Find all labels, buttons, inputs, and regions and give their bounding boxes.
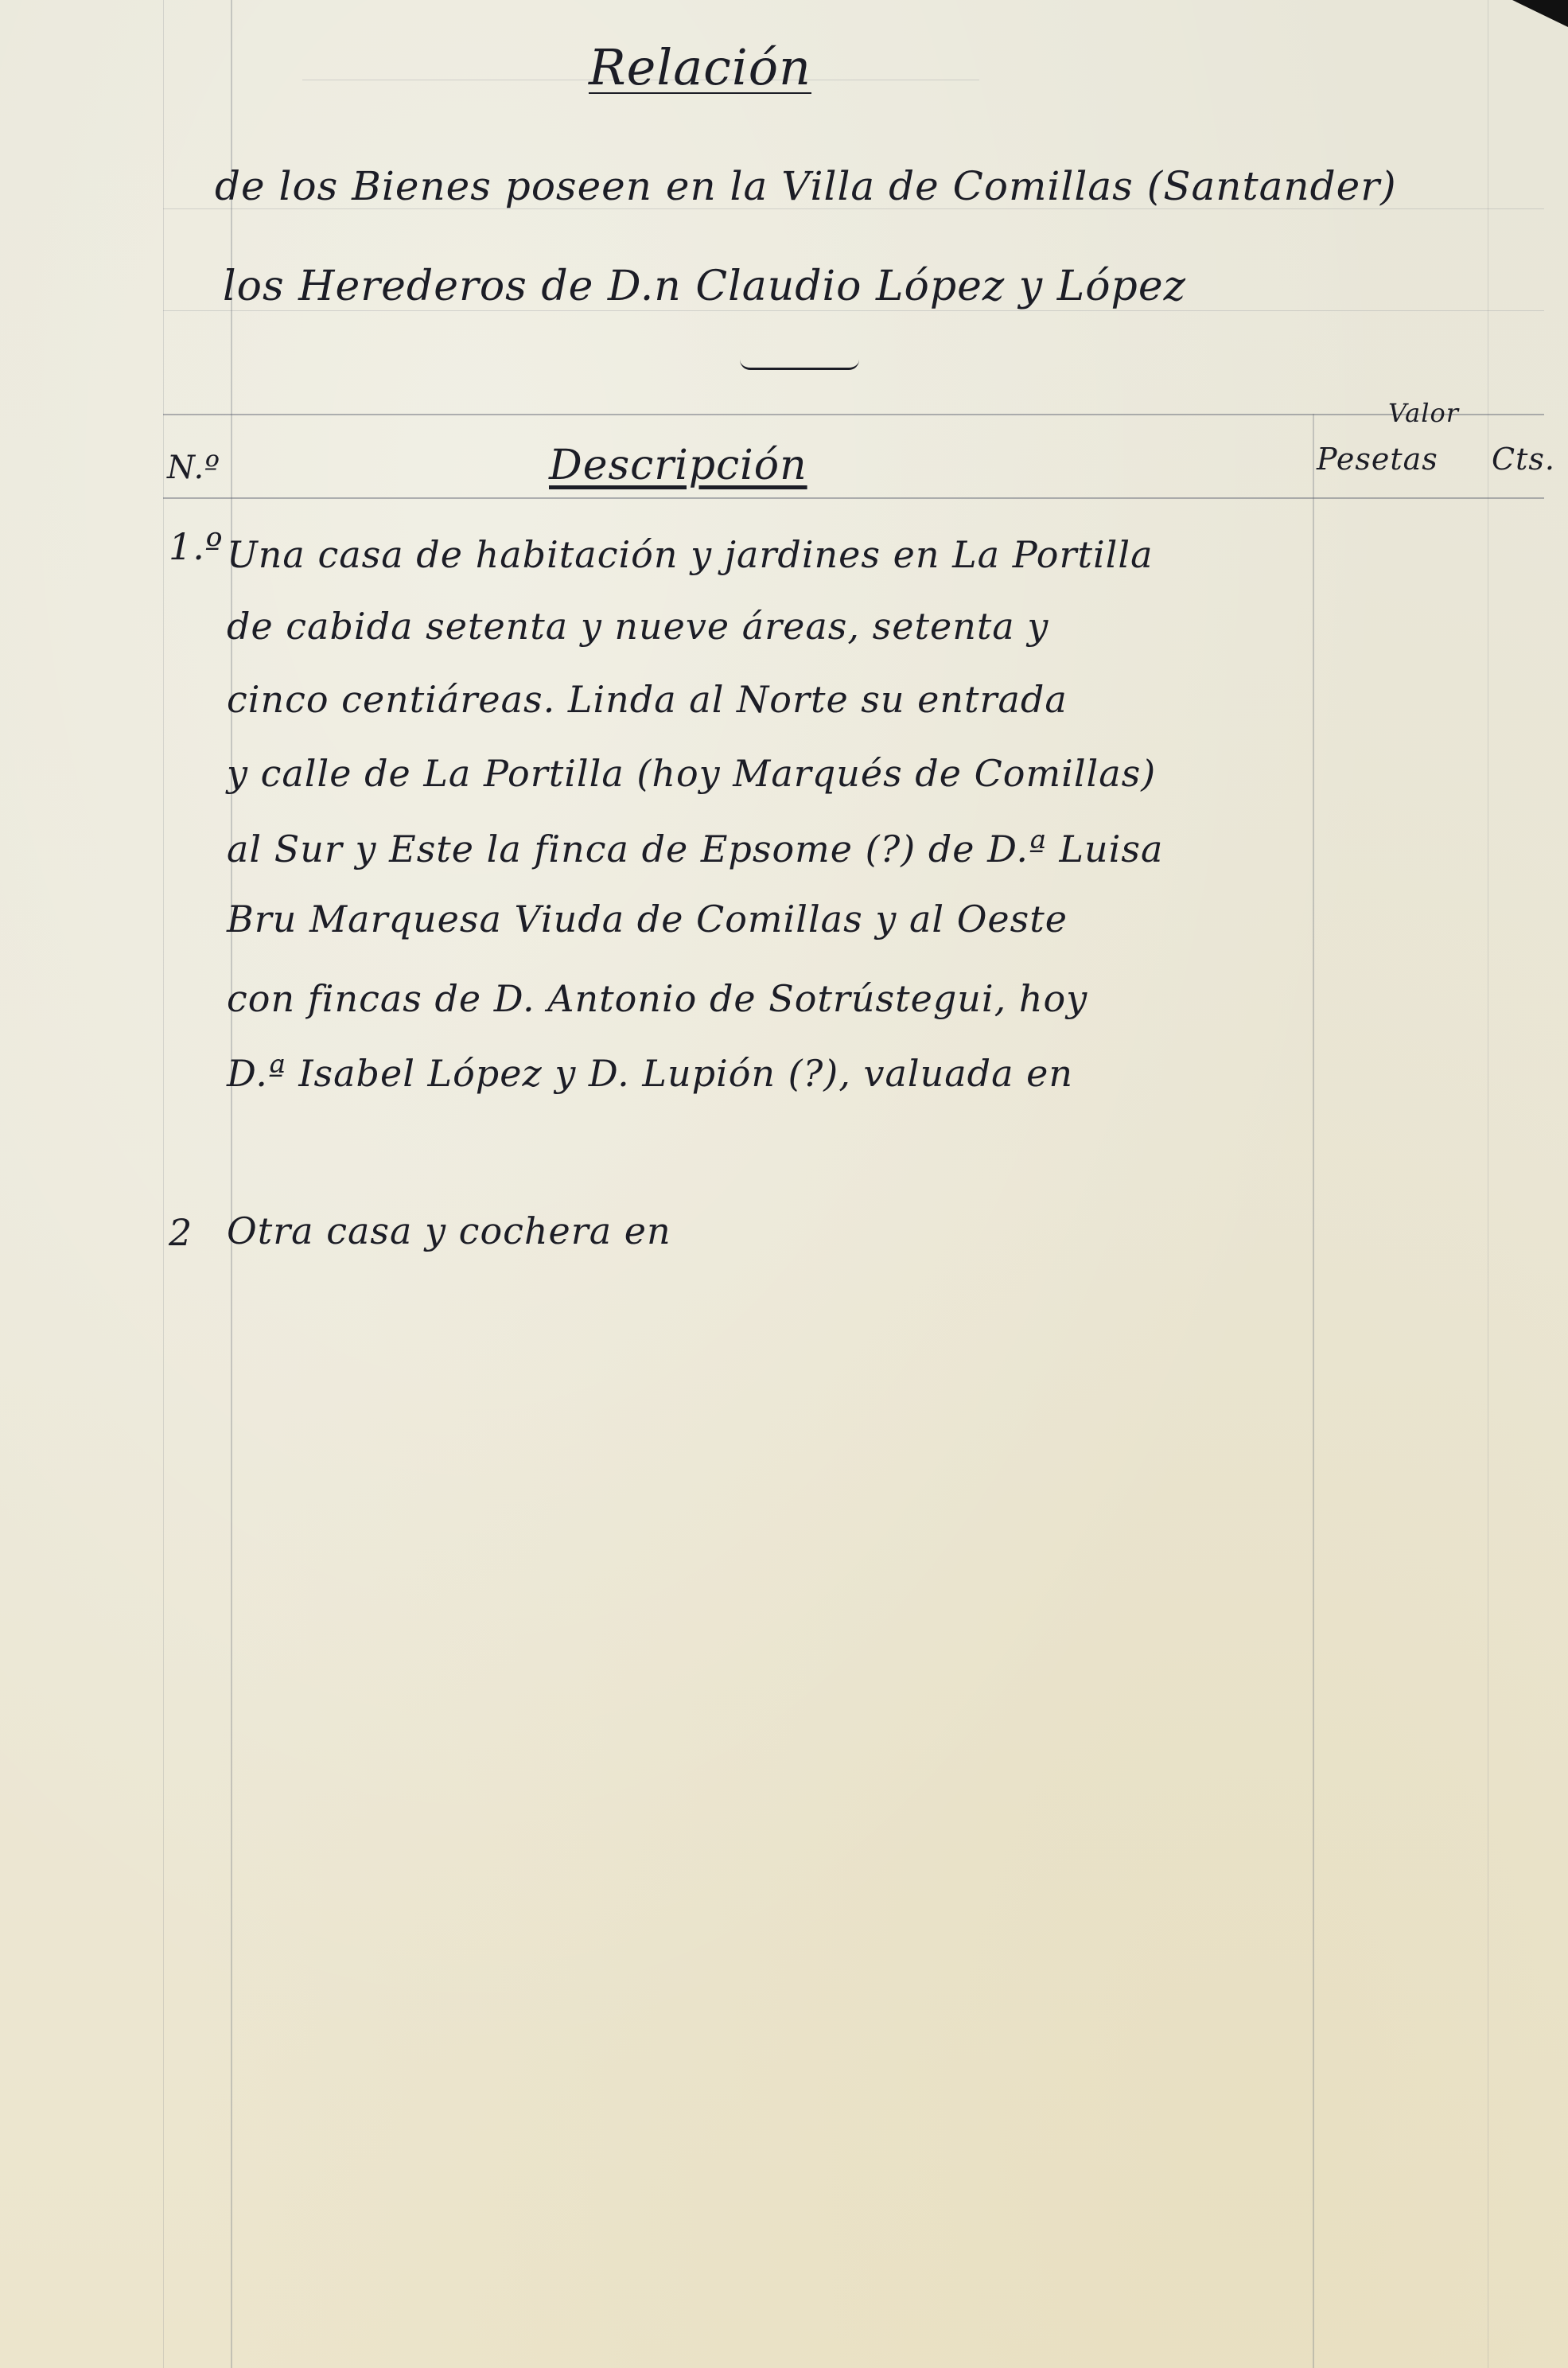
subtitle-rule-2	[163, 310, 1544, 311]
item-description-line: D.ª Isabel López y D. Lupión (?), valuad…	[227, 1052, 1073, 1095]
item-description-line: de cabida setenta y nueve áreas, setenta…	[227, 605, 1049, 648]
document-subtitle-line2: los Herederos de D.n Claudio López y Lóp…	[223, 263, 1186, 310]
column-divider-number	[231, 0, 232, 2368]
item-number: 2	[169, 1211, 193, 1254]
column-header-centimos: Cts.	[1492, 442, 1555, 477]
item-description-line: con fincas de D. Antonio de Sotrústegui,…	[227, 977, 1087, 1020]
column-header-value: Valor	[1388, 398, 1459, 428]
margin-line-left	[163, 0, 164, 2368]
decorative-flourish	[740, 360, 859, 370]
item-description-line: Bru Marquesa Viuda de Comillas y al Oest…	[227, 898, 1068, 941]
document-title: Relación	[589, 38, 811, 96]
column-header-number: N.º	[167, 450, 220, 486]
item-description-line: y calle de La Portilla (hoy Marqués de C…	[227, 752, 1156, 795]
table-header-top-rule	[163, 414, 1544, 415]
column-header-description: Descripción	[549, 442, 807, 489]
column-divider-value	[1313, 414, 1314, 2368]
table-header-bottom-rule	[163, 497, 1544, 499]
item-description-line: Otra casa y cochera en	[227, 1209, 671, 1252]
document-subtitle-line1: de los Bienes poseen en la Villa de Comi…	[215, 163, 1397, 209]
item-description-line: al Sur y Este la finca de Epsome (?) de …	[227, 828, 1163, 870]
column-divider-cents	[1488, 0, 1488, 2368]
item-number: 1.º	[169, 525, 224, 568]
torn-corner	[1512, 0, 1568, 27]
item-description-line: cinco centiáreas. Linda al Norte su entr…	[227, 678, 1068, 721]
column-header-pesetas: Pesetas	[1317, 442, 1438, 477]
item-description-line: Una casa de habitación y jardines en La …	[227, 533, 1154, 576]
